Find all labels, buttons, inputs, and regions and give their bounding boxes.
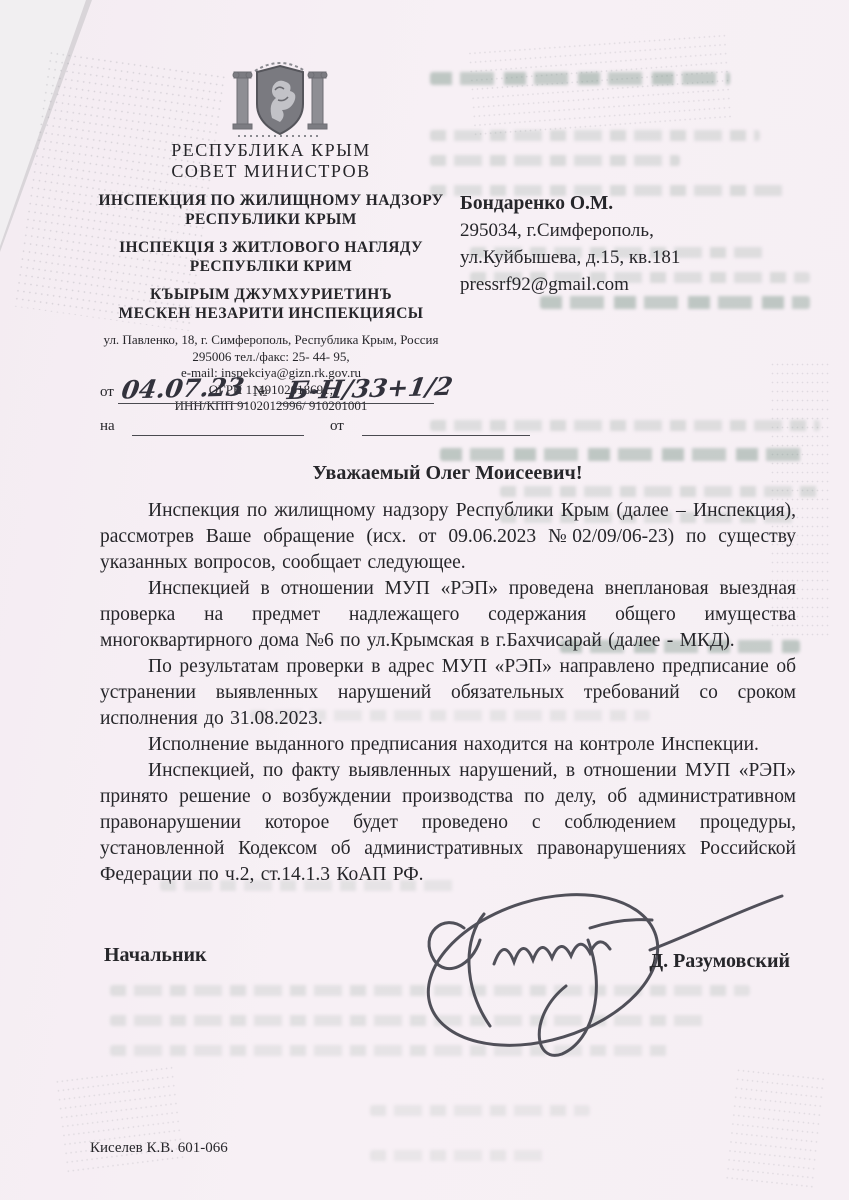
crimea-coat-of-arms-emblem (228, 60, 332, 142)
org-ru-line1: ИНСПЕКЦИЯ ПО ЖИЛИЩНОМУ НАДЗОРУ (88, 191, 454, 210)
org-ua-line2: РЕСПУБЛІКИ КРИМ (88, 257, 454, 276)
ref-date-handwritten: 04.07.23 (120, 372, 247, 404)
org-phone-fax: 295006 тел./факс: 25- 44- 95, (88, 349, 454, 366)
scanned-letter-page: РЕСПУБЛИКА КРЫМ СОВЕТ МИНИСТРОВ ИНСПЕКЦИ… (0, 0, 849, 1200)
bleed-through-line (110, 1045, 670, 1056)
org-name-russian: ИНСПЕКЦИЯ ПО ЖИЛИЩНОМУ НАДЗОРУ РЕСПУБЛИК… (88, 191, 454, 229)
paragraph-intro: Инспекция по жилищному надзору Республик… (100, 498, 796, 576)
bleed-through-line (110, 985, 750, 996)
scan-noise-speckle (54, 1063, 185, 1177)
scan-noise-speckle (724, 1066, 826, 1195)
bleed-through-line (430, 130, 760, 141)
ref-from2-label: от (330, 418, 344, 435)
ref-na-label: на (100, 418, 115, 435)
ref-na-underline (132, 434, 304, 436)
ref-number-handwritten: Б-Н/33+1/2 (285, 372, 454, 405)
signer-position: Начальник (104, 944, 207, 967)
ref-from2-underline (362, 434, 530, 436)
paragraph-inspection: Инспекцией в отношении МУП «РЭП» проведе… (100, 576, 796, 654)
bleed-through-line (370, 1105, 590, 1116)
org-ua-line1: ІНСПЕКЦІЯ З ЖИТЛОВОГО НАГЛЯДУ (88, 238, 454, 257)
recipient-block: Бондаренко О.М. 295034, г.Симферополь, у… (460, 190, 800, 298)
executor-note: Киселев К.В. 601-066 (90, 1140, 228, 1157)
ref-date-underline (118, 402, 248, 404)
org-name-crimean-tatar: КЪЫРЫМ ДЖУМХУРИЕТИНЪ МЕСКЕН НЕЗАРИТИ ИНС… (88, 285, 454, 323)
org-crh-line2: МЕСКЕН НЕЗАРИТИ ИНСПЕКЦИЯСЫ (88, 304, 454, 323)
paragraph-proceedings: Инспекцией, по факту выявленных нарушени… (100, 758, 796, 888)
bleed-through-line (370, 1150, 550, 1161)
bleed-through-line (440, 448, 810, 461)
bleed-through-line (110, 1015, 710, 1026)
bleed-through-line (500, 486, 820, 497)
recipient-name: Бондаренко О.М. (460, 190, 800, 217)
paragraph-control: Исполнение выданного предписания находит… (100, 732, 796, 758)
org-ru-line2: РЕСПУБЛИКИ КРЫМ (88, 210, 454, 229)
org-street-address: ул. Павленко, 18, г. Симферополь, Респуб… (88, 332, 454, 349)
ref-from-label: от (100, 384, 114, 401)
ref-number-underline (276, 402, 434, 404)
ref-number-sign: № (253, 384, 267, 401)
republic-name: РЕСПУБЛИКА КРЫМ (88, 140, 454, 161)
bleed-through-line (430, 72, 730, 85)
scan-noise-speckle (467, 31, 733, 139)
bleed-through-line (430, 420, 820, 431)
recipient-email: pressrf92@gmail.com (460, 271, 800, 298)
bleed-through-line (430, 155, 680, 166)
recipient-street: ул.Куйбышева, д.15, кв.181 (460, 244, 800, 271)
org-name-ukrainian: ІНСПЕКЦІЯ З ЖИТЛОВОГО НАГЛЯДУ РЕСПУБЛІКИ… (88, 238, 454, 276)
salutation: Уважаемый Олег Моисеевич! (100, 462, 795, 485)
council-name: СОВЕТ МИНИСТРОВ (88, 161, 454, 182)
paragraph-prescription: По результатам проверки в адрес МУП «РЭП… (100, 654, 796, 732)
recipient-postal-city: 295034, г.Симферополь, (460, 217, 800, 244)
letter-body: Инспекция по жилищному надзору Республик… (100, 498, 796, 888)
signer-name: Д. Разумовский (560, 950, 790, 973)
org-crh-line1: КЪЫРЫМ ДЖУМХУРИЕТИНЪ (88, 285, 454, 304)
